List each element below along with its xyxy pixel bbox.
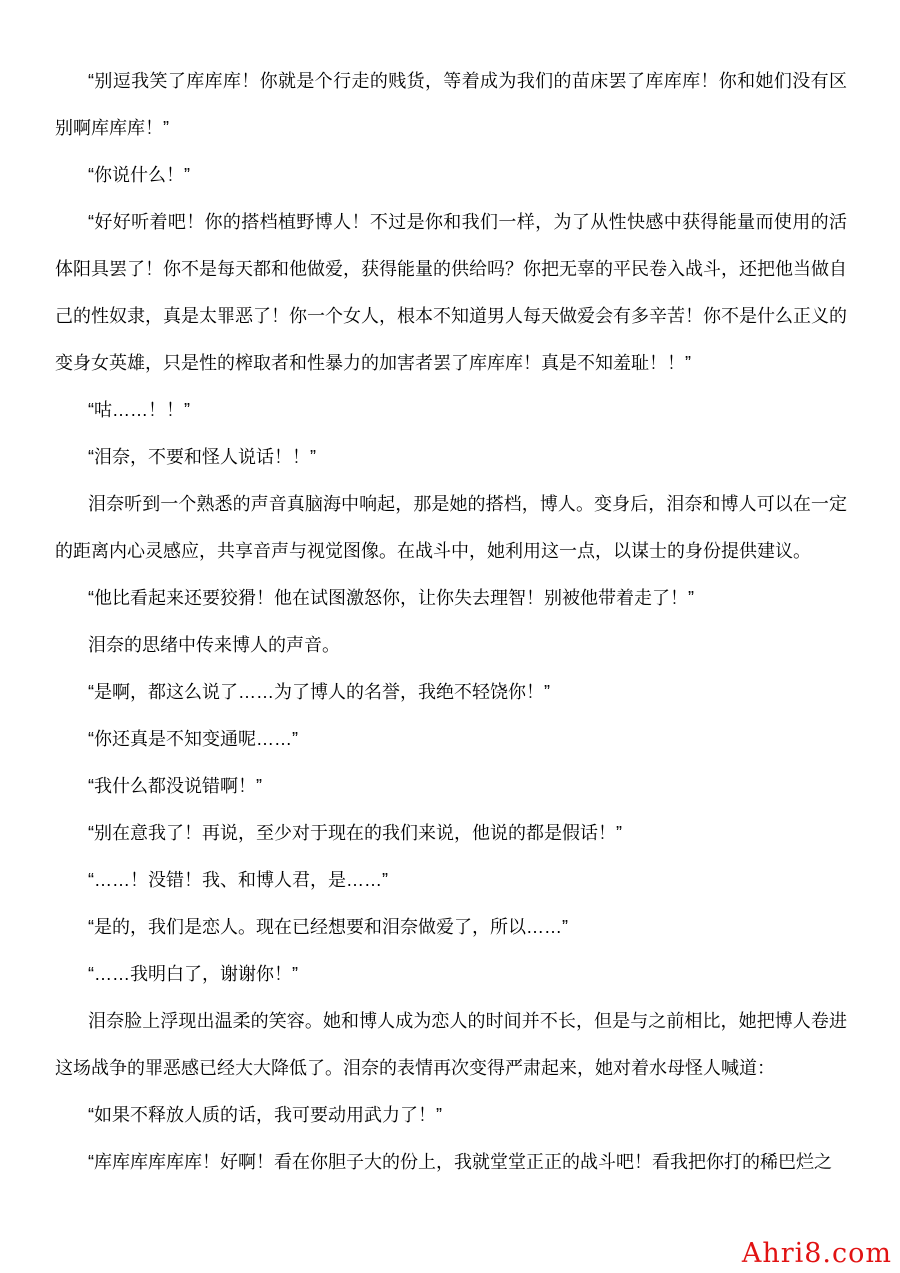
story-paragraph: “别在意我了！再说，至少对于现在的我们来说，他说的都是假话！” (55, 810, 847, 857)
story-paragraph: “是的，我们是恋人。现在已经想要和泪奈做爱了，所以……” (55, 904, 847, 951)
story-paragraph: “我什么都没说错啊！” (55, 763, 847, 810)
story-paragraph: “如果不释放人质的话，我可要动用武力了！” (55, 1092, 847, 1139)
story-paragraph: “泪奈，不要和怪人说话！！” (55, 434, 847, 481)
story-paragraph: “是啊，都这么说了……为了博人的名誉，我绝不轻饶你！” (55, 669, 847, 716)
story-paragraph: “咕……！！” (55, 387, 847, 434)
story-paragraph: “别逗我笑了库库库！你就是个行走的贱货，等着成为我们的苗床罢了库库库！你和她们没… (55, 58, 847, 152)
story-paragraph: “你说什么！” (55, 152, 847, 199)
story-text-block: “别逗我笑了库库库！你就是个行走的贱货，等着成为我们的苗床罢了库库库！你和她们没… (55, 58, 847, 1186)
document-page: “别逗我笑了库库库！你就是个行走的贱货，等着成为我们的苗床罢了库库库！你和她们没… (0, 0, 900, 1273)
story-paragraph: “库库库库库库！好啊！看在你胆子大的份上，我就堂堂正正的战斗吧！看我把你打的稀巴… (55, 1139, 847, 1186)
story-paragraph: 泪奈脸上浮现出温柔的笑容。她和博人成为恋人的时间并不长，但是与之前相比，她把博人… (55, 998, 847, 1092)
story-paragraph: 泪奈的思绪中传来博人的声音。 (55, 622, 847, 669)
story-paragraph: “……我明白了，谢谢你！” (55, 951, 847, 998)
story-paragraph: 泪奈听到一个熟悉的声音真脑海中响起，那是她的搭档，博人。变身后，泪奈和博人可以在… (55, 481, 847, 575)
story-paragraph: “……！没错！我、和博人君，是……” (55, 857, 847, 904)
story-paragraph: “你还真是不知变通呢……” (55, 716, 847, 763)
story-paragraph: “好好听着吧！你的搭档植野博人！不过是你和我们一样，为了从性快感中获得能量而使用… (55, 199, 847, 387)
watermark-ahri8: Ahri8.com (742, 1238, 892, 1269)
story-paragraph: “他比看起来还要狡猾！他在试图激怒你，让你失去理智！别被他带着走了！” (55, 575, 847, 622)
